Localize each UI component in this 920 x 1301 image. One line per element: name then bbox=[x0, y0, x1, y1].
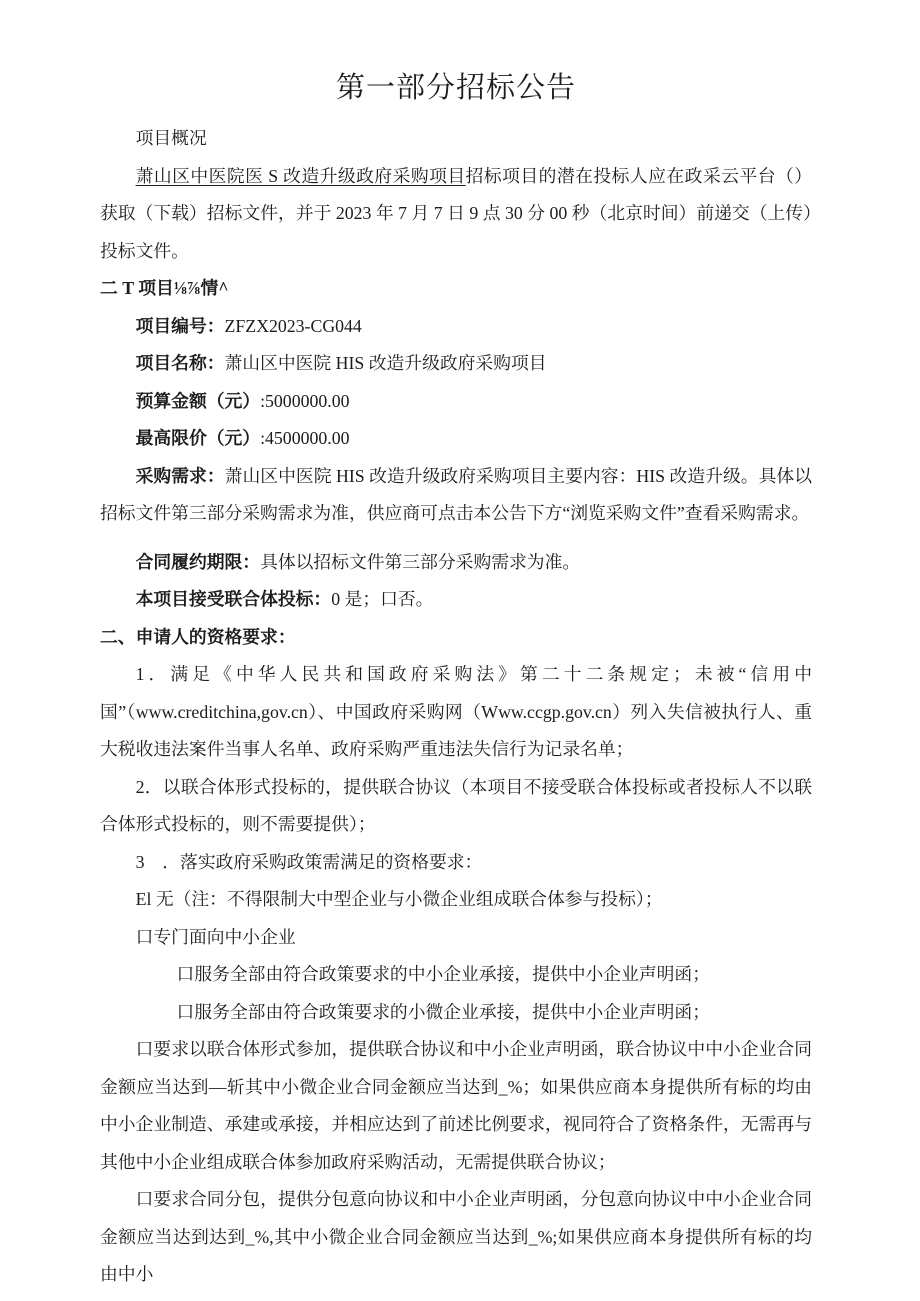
requirement-paragraph: 采购需求：萧山区中医院 HIS 改造升级政府采购项目主要内容：HIS 改造升级。… bbox=[100, 458, 812, 533]
joint-bid-row: 本项目接受联合体投标：0 是；口否。 bbox=[100, 581, 812, 619]
section1-heading: 二 T 项目⅛⅞情^ bbox=[100, 270, 812, 308]
max-price-row: 最高限价（元）:4500000.00 bbox=[100, 420, 812, 458]
joint-bid-text: 0 是；口否。 bbox=[331, 589, 433, 609]
intro-paragraph: 萧山区中医院医 S 改造升级政府采购项目招标项目的潜在投标人应在政采云平台（）获… bbox=[100, 158, 812, 271]
project-title-underlined: 萧山区中医院医 S 改造升级政府采购项目 bbox=[136, 166, 466, 186]
qualification-item-2: 2．以联合体形式投标的，提供联合协议（本项目不接受联合体投标或者投标人不以联合体… bbox=[100, 769, 812, 844]
contract-term-label: 合同履约期限： bbox=[136, 552, 260, 572]
qualification-item-4: El 无（注：不得限制大中型企业与小微企业组成联合体参与投标）； bbox=[100, 881, 812, 919]
document-page: 第一部分招标公告 项目概况 萧山区中医院医 S 改造升级政府采购项目招标项目的潜… bbox=[100, 0, 812, 1294]
requirement-label: 采购需求： bbox=[136, 466, 225, 486]
budget-label: 预算金额（元） bbox=[136, 391, 260, 411]
page-title: 第一部分招标公告 bbox=[100, 68, 812, 108]
qualification-item-6: 口服务全部由符合政策要求的中小企业承接，提供中小企业声明函； bbox=[100, 956, 812, 994]
overview-heading: 项目概况 bbox=[100, 120, 812, 158]
qualification-item-1: 1．满足《中华人民共和国政府采购法》第二十二条规定；未被“信用中国”（www.c… bbox=[100, 656, 812, 769]
section2-heading: 二、申请人的资格要求： bbox=[100, 619, 812, 657]
max-price-value: :4500000.00 bbox=[260, 428, 349, 448]
joint-bid-label: 本项目接受联合体投标： bbox=[136, 589, 332, 609]
project-name-row: 项目名称：萧山区中医院 HIS 改造升级政府采购项目 bbox=[100, 345, 812, 383]
project-number-value: ZFZX2023-CG044 bbox=[225, 316, 362, 336]
contract-term-text: 具体以招标文件第三部分采购需求为准。 bbox=[260, 552, 580, 572]
project-number-label: 项目编号： bbox=[136, 316, 225, 336]
budget-row: 预算金额（元）:5000000.00 bbox=[100, 383, 812, 421]
qualification-item-9: 口要求合同分包，提供分包意向协议和中小企业声明函，分包意向协议中中小企业合同金额… bbox=[100, 1181, 812, 1294]
project-number-row: 项目编号：ZFZX2023-CG044 bbox=[100, 308, 812, 346]
qualification-item-7: 口服务全部由符合政策要求的小微企业承接，提供中小企业声明函； bbox=[100, 994, 812, 1032]
project-name-label: 项目名称： bbox=[136, 353, 225, 373]
contract-term-row: 合同履约期限：具体以招标文件第三部分采购需求为准。 bbox=[100, 544, 812, 582]
qualification-item-8: 口要求以联合体形式参加，提供联合协议和中小企业声明函，联合协议中中小企业合同金额… bbox=[100, 1031, 812, 1181]
budget-value: :5000000.00 bbox=[260, 391, 349, 411]
qualification-item-5: 口专门面向中小企业 bbox=[100, 919, 812, 957]
qualification-item-3: 3 ．落实政府采购政策需满足的资格要求： bbox=[100, 844, 812, 882]
max-price-label: 最高限价（元） bbox=[136, 428, 260, 448]
project-name-value: 萧山区中医院 HIS 改造升级政府采购项目 bbox=[225, 353, 547, 373]
